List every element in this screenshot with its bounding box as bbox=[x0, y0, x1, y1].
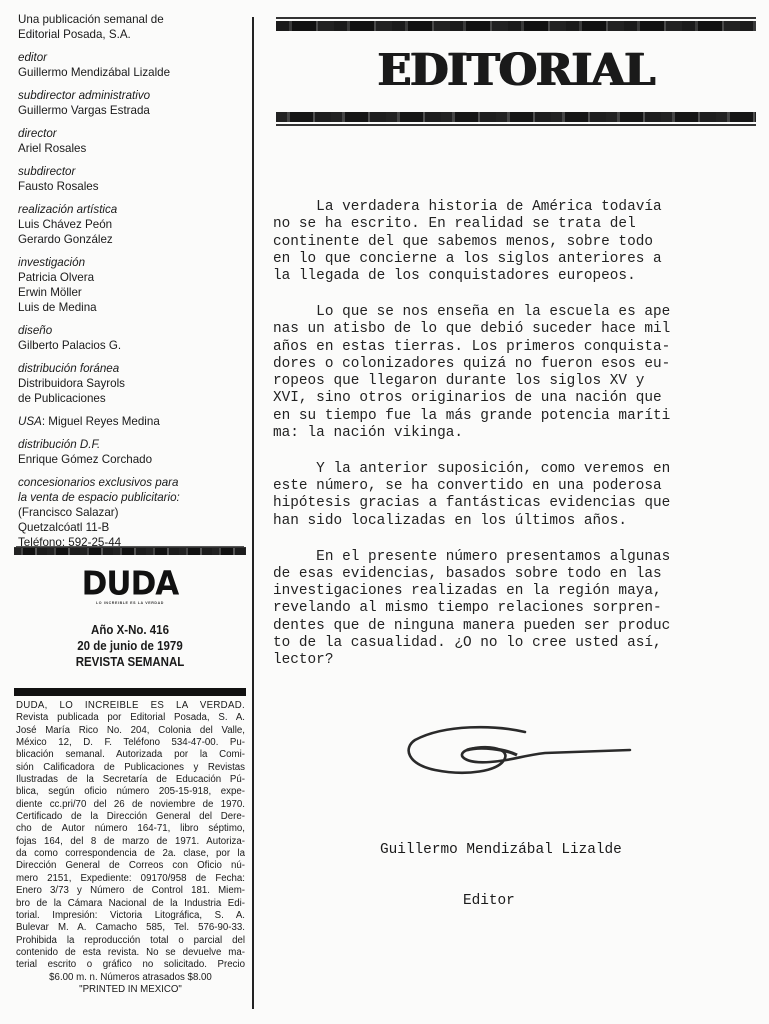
paragraph-line: no se ha escrito. En realidad se trata d… bbox=[273, 216, 753, 233]
credit-name: Distribuidora Sayrols bbox=[18, 376, 248, 391]
duda-logo: DUDA bbox=[14, 567, 246, 601]
legal-line: México 12, D. F. Teléfono 534-47-00. Pu- bbox=[16, 737, 245, 749]
editorial-paragraph: Lo que se nos enseña en la escuela es ap… bbox=[273, 304, 753, 442]
credits-list: editorGuillermo Mendizábal Lizaldesubdir… bbox=[18, 50, 248, 550]
header-bar bbox=[276, 112, 756, 122]
header-bar bbox=[276, 21, 756, 31]
credit-entry: distribución foráneaDistribuidora Sayrol… bbox=[18, 361, 248, 406]
masthead: Una publicación semanal de Editorial Pos… bbox=[18, 12, 248, 558]
legal-line: torial. Impresión: Victoria Litográfica,… bbox=[16, 910, 245, 922]
credit-name: Patricia Olvera bbox=[18, 270, 248, 285]
legal-notice: DUDA, LO INCREIBLE ES LA VERDAD. Revista… bbox=[16, 700, 245, 996]
signer-name: Guillermo Mendizábal Lizalde bbox=[380, 842, 680, 859]
credit-name: Guillermo Vargas Estrada bbox=[18, 103, 248, 118]
credit-role: la venta de espacio publicitario: bbox=[18, 490, 248, 505]
credit-role: distribución foránea bbox=[18, 361, 248, 376]
paragraph-line: la llegada de los conquistadores europeo… bbox=[273, 268, 753, 285]
publisher-intro: Una publicación semanal de Editorial Pos… bbox=[18, 12, 248, 42]
price-line: $6.00 m. n. Números atrasados $8.00 bbox=[16, 972, 245, 984]
legal-line: da como correspondencia de 2a. clase, po… bbox=[16, 848, 245, 860]
legal-line: Bulevar M. A. Camacho 585, Tel. 576-90-3… bbox=[16, 922, 245, 934]
credit-name: Gerardo González bbox=[18, 232, 248, 247]
legal-line: Dirección General de Correos con Oficio … bbox=[16, 860, 245, 872]
legal-line: diente cc.pri/70 del 26 de noviembre de … bbox=[16, 799, 245, 811]
editorial-body: La verdadera historia de América todavía… bbox=[273, 199, 753, 688]
paragraph-line: de esas evidencias, basados sobre todo e… bbox=[273, 566, 753, 583]
credit-entry: editorGuillermo Mendizábal Lizalde bbox=[18, 50, 248, 80]
signature-icon bbox=[405, 722, 635, 782]
legal-body: Revista publicada por Editorial Posada, … bbox=[16, 712, 245, 971]
paragraph-line: este número, se ha convertido en una pod… bbox=[273, 478, 753, 495]
credit-name: Fausto Rosales bbox=[18, 179, 248, 194]
credit-name: (Francisco Salazar) bbox=[18, 505, 248, 520]
paragraph-line: revelando al mismo tiempo relaciones sor… bbox=[273, 600, 753, 617]
credit-role: distribución D.F. bbox=[18, 437, 248, 452]
credit-name: Luis Chávez Peón bbox=[18, 217, 248, 232]
paragraph-line: en lo que concierne a los siglos anterio… bbox=[273, 251, 753, 268]
paragraph-line: hipótesis gracias a fantásticas evidenci… bbox=[273, 495, 753, 512]
logo-block: DUDA LO INCREIBLE ES LA VERDAD Año X-No.… bbox=[14, 568, 246, 670]
paragraph-line: dores o colonizadores quizá no fueron es… bbox=[273, 356, 753, 373]
credit-role: director bbox=[18, 126, 248, 141]
signer-title: Editor bbox=[380, 893, 680, 910]
paragraph-line: lector? bbox=[273, 652, 753, 669]
legal-line: Ilustradas de la Secretaría de Educación… bbox=[16, 774, 245, 786]
legal-line: contenido de esta revista. No se devuelv… bbox=[16, 947, 245, 959]
credit-name: Luis de Medina bbox=[18, 300, 248, 315]
editorial-paragraph: La verdadera historia de América todavía… bbox=[273, 199, 753, 285]
credit-entry: subdirector administrativoGuillermo Varg… bbox=[18, 88, 248, 118]
credit-entry: concesionarios exclusivos parala venta d… bbox=[18, 475, 248, 550]
paragraph-line: dentes que de ninguna manera pueden ser … bbox=[273, 618, 753, 635]
credit-name: Ariel Rosales bbox=[18, 141, 248, 156]
legal-line: Revista publicada por Editorial Posada, … bbox=[16, 712, 245, 724]
credit-name: Guillermo Mendizábal Lizalde bbox=[18, 65, 248, 80]
credit-name: Miguel Reyes Medina bbox=[48, 415, 159, 428]
credit-role: investigación bbox=[18, 255, 248, 270]
credit-role: concesionarios exclusivos para bbox=[18, 475, 248, 490]
header-rule bbox=[276, 124, 756, 126]
signer-block: Guillermo Mendizábal Lizalde Editor bbox=[380, 808, 680, 927]
printed-in-mexico: "PRINTED IN MEXICO" bbox=[16, 984, 245, 996]
legal-line: cho de Autor número 164-71, libro séptim… bbox=[16, 823, 245, 835]
paragraph-line: nas un atisbo de lo que debió suceder ha… bbox=[273, 321, 753, 338]
divider-bar bbox=[14, 688, 246, 696]
credit-name: Enrique Gómez Corchado bbox=[18, 452, 248, 467]
paragraph-line: han sido localizadas en los últimos años… bbox=[273, 513, 753, 530]
issue-date: 20 de junio de 1979 bbox=[23, 638, 236, 654]
legal-line: blicación semanal. Autorizada por la Com… bbox=[16, 749, 245, 761]
intro-line: Una publicación semanal de bbox=[18, 12, 248, 27]
credit-name: Quetzalcóatl 11-B bbox=[18, 520, 248, 535]
paragraph-line: La verdadera historia de América todavía bbox=[273, 199, 753, 216]
paragraph-line: XVI, sino otros originarios de una nació… bbox=[273, 390, 753, 407]
legal-line: terial escrito o gráfico no solicitado. … bbox=[16, 959, 245, 971]
credit-entry: distribución D.F.Enrique Gómez Corchado bbox=[18, 437, 248, 467]
legal-line: Enero 3/73 y Número de Control 181. Miem… bbox=[16, 885, 245, 897]
legal-heading: DUDA, LO INCREIBLE ES LA VERDAD. bbox=[16, 700, 245, 712]
legal-line: blica, según oficio número 205-15-918, e… bbox=[16, 786, 245, 798]
editorial-paragraph: En el presente número presentamos alguna… bbox=[273, 549, 753, 670]
paragraph-line: Lo que se nos enseña en la escuela es ap… bbox=[273, 304, 753, 321]
legal-line: bro de la Cámara Nacional de la Industri… bbox=[16, 898, 245, 910]
paragraph-line: ma: la nación vikinga. bbox=[273, 425, 753, 442]
column-divider bbox=[252, 17, 254, 1009]
header-rule bbox=[276, 17, 756, 19]
legal-line: fojas 164, del 8 de marzo de 1971. Autor… bbox=[16, 836, 245, 848]
editorial-paragraph: Y la anterior suposición, como veremos e… bbox=[273, 461, 753, 530]
credit-role: realización artística bbox=[18, 202, 248, 217]
divider-bar bbox=[14, 547, 246, 555]
credit-entry: directorAriel Rosales bbox=[18, 126, 248, 156]
paragraph-line: continente del que sabemos menos, sobre … bbox=[273, 234, 753, 251]
credit-name: Erwin Möller bbox=[18, 285, 248, 300]
issue-info: Año X-No. 416 20 de junio de 1979 REVIST… bbox=[23, 622, 236, 670]
legal-line: Certificado de la Dirección General del … bbox=[16, 811, 245, 823]
credit-entry: subdirectorFausto Rosales bbox=[18, 164, 248, 194]
credit-role: editor bbox=[18, 50, 248, 65]
editorial-title: EDITORIAL bbox=[276, 46, 756, 96]
paragraph-line: investigaciones realizadas en la región … bbox=[273, 583, 753, 600]
credit-entry: investigaciónPatricia OlveraErwin Möller… bbox=[18, 255, 248, 315]
issue-number: Año X-No. 416 bbox=[23, 622, 236, 638]
paragraph-line: to de la casualidad. ¿O no lo cree usted… bbox=[273, 635, 753, 652]
credit-name: Gilberto Palacios G. bbox=[18, 338, 248, 353]
issue-type: REVISTA SEMANAL bbox=[23, 654, 236, 670]
credit-entry: diseñoGilberto Palacios G. bbox=[18, 323, 248, 353]
legal-line: Prohibida la reproducción total o parcia… bbox=[16, 935, 245, 947]
paragraph-line: Y la anterior suposición, como veremos e… bbox=[273, 461, 753, 478]
credit-entry: realización artísticaLuis Chávez PeónGer… bbox=[18, 202, 248, 247]
legal-line: mero 2151, Expediente: 09170/958 de Fech… bbox=[16, 873, 245, 885]
credit-role: USA bbox=[18, 415, 42, 428]
legal-line: José María Rico No. 204, Colonia del Val… bbox=[16, 725, 245, 737]
credit-role: subdirector administrativo bbox=[18, 88, 248, 103]
paragraph-line: años en estas tierras. Los primeros conq… bbox=[273, 339, 753, 356]
credit-name: de Publicaciones bbox=[18, 391, 248, 406]
legal-line: sión Calificadora de Publicaciones y Rev… bbox=[16, 762, 245, 774]
credit-role: subdirector bbox=[18, 164, 248, 179]
paragraph-line: En el presente número presentamos alguna… bbox=[273, 549, 753, 566]
credit-entry: USA: Miguel Reyes Medina bbox=[18, 414, 248, 429]
paragraph-line: ropeos que llegaron durante los siglos X… bbox=[273, 373, 753, 390]
credit-role: diseño bbox=[18, 323, 248, 338]
intro-line: Editorial Posada, S.A. bbox=[18, 27, 248, 42]
paragraph-line: en su tiempo fue la más grande potencia … bbox=[273, 408, 753, 425]
